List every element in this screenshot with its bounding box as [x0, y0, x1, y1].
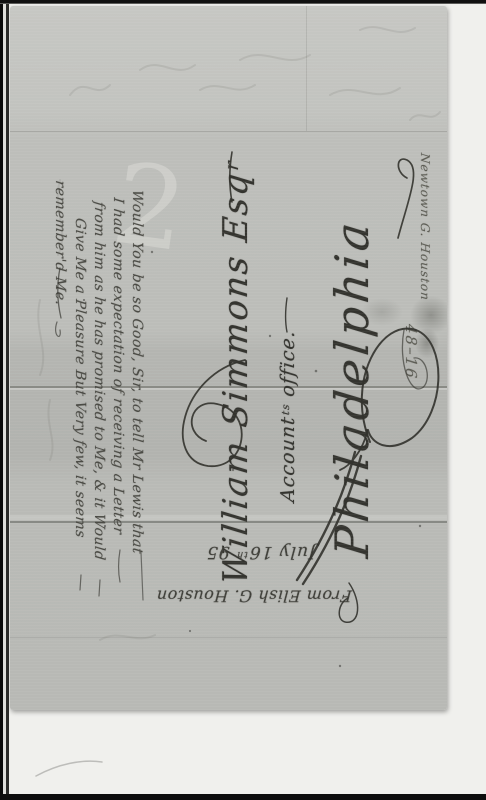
docket-amount-line: 48–16 — [402, 323, 420, 381]
docket-date-superscript: th — [236, 549, 249, 560]
address-office-line: Accountts office. — [277, 329, 299, 503]
note-line-3: from him as he has promised to Me, & it … — [91, 201, 107, 562]
recipient-name-superscript: r — [222, 158, 243, 171]
letter-paper: 2 William Simmons Esqr Accountts office.… — [10, 6, 447, 710]
office-superscript: ts — [280, 403, 292, 416]
address-city: Philadelphia — [325, 216, 379, 560]
docket-date-line: July 16th 95 — [205, 542, 316, 562]
vertical-crease — [306, 6, 307, 131]
office-text: Account — [277, 415, 299, 503]
fold-line-upper — [10, 131, 447, 132]
note-line-2: I had some expectation of receiving a Le… — [110, 197, 126, 535]
scan-border-bottom — [0, 794, 486, 800]
docket-date-year: 95 — [205, 542, 236, 562]
docket-from-line: From Elish G. Houston — [156, 587, 353, 606]
docket-date-text: July 16 — [248, 542, 316, 562]
fold-line-bottom — [10, 637, 447, 638]
office-rest-text: office. — [277, 329, 299, 405]
recipient-name-text: William Simmons Esq — [216, 170, 256, 587]
note-line-4: Give Me a Pleasure But Very few, it seem… — [72, 217, 88, 539]
note-line-1: Would You be so Good, Sir, to tell Mr Le… — [129, 189, 145, 555]
note-line-5: remember'd Me. — [52, 180, 68, 307]
docket-location-line: Newtown G. Houston — [418, 152, 432, 301]
scanner-bed: 2 William Simmons Esqr Accountts office.… — [6, 3, 486, 794]
scanned-letter-page: 2 William Simmons Esqr Accountts office.… — [0, 0, 486, 800]
address-recipient-name: William Simmons Esqr — [216, 158, 256, 587]
